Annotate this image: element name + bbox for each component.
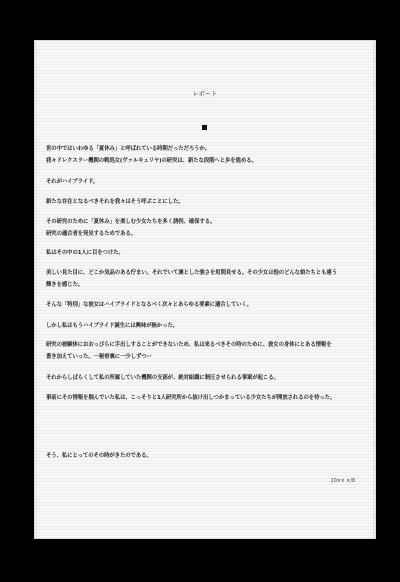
text-line: 新たな存在となるべきそれを我々はそう呼ぶことにした。 (46, 197, 184, 205)
text-line: そう、私にとってのその時がきたのである。 (46, 451, 152, 459)
text-line: 事前にその情報を掴んでいた私は、こっそりと1人研究所から抜け出しつかまっている少… (46, 393, 335, 401)
text-line: それがハイブライド。 (46, 177, 98, 185)
text-line: それからしばらくして私の所属していた機関の支部が、絶対組織に制圧させられる事案が… (46, 373, 279, 381)
text-line: 研究の適合者を発見するためである。 (46, 229, 136, 237)
section-marker-icon (202, 125, 207, 130)
text-line: しかし私はもうハイブライド誕生には興味が無かった。 (46, 321, 178, 329)
page-title: レポート (34, 89, 376, 98)
text-line: 輝きを感じた。 (46, 280, 83, 288)
text-line: 美しい見た目に、どこか気品のある佇まい。それでいて凛とした強さを垣間見せる。その… (46, 268, 337, 276)
text-line: 書き加えていった。一秘密裏に一少しずつー (46, 352, 152, 360)
text-line: 研究の被験体におおっぴらに手出しすることができないため、私は来るべきその時のため… (46, 340, 331, 348)
text-line: 我々ドレクスラー機関の戦処女(ヴァルキュリヤ)の研究は、新たな段階へと歩を進める… (46, 156, 257, 164)
text-line: 私はその中の1人に目をつけた。 (46, 248, 124, 256)
text-line: 世の中ではいわゆる「夏休み」と呼ばれている時期だっただろうか。 (46, 144, 210, 152)
report-page: レポート 世の中ではいわゆる「夏休み」と呼ばれている時期だっただろうか。 我々ド… (34, 40, 376, 539)
text-line: そんな「特別」な彼女はハイブライドとなるべく次々とあらゆる要素に適合していく。 (46, 300, 252, 308)
text-line: その研究のために「夏休み」を楽しむ少女たちを多く誘拐、確保する。 (46, 217, 215, 225)
report-date: 20×× ×/8 (331, 479, 355, 484)
